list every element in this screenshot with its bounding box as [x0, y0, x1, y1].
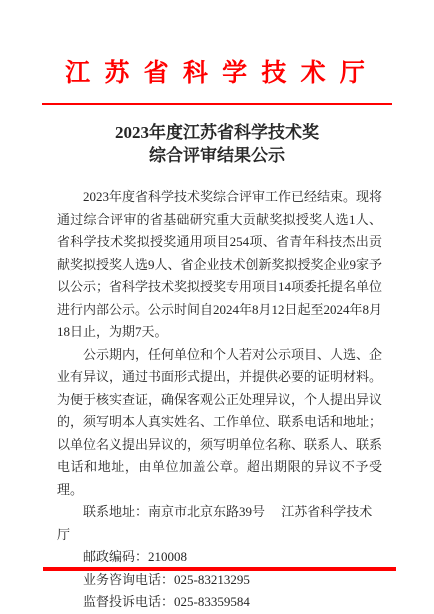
business-phone-line: 业务咨询电话：025-83213295	[57, 569, 382, 592]
letterhead: 江 苏 省 科 学 技 术 厅	[0, 0, 434, 105]
document-body: 2023年度省科学技术奖综合评审工作已经结束。现将通过综合评审的省基础研究重大贡…	[57, 186, 382, 614]
document-title: 2023年度江苏省科学技术奖 综合评审结果公示	[0, 121, 434, 167]
paragraph-announcement: 2023年度省科学技术奖综合评审工作已经结束。现将通过综合评审的省基础研究重大贡…	[57, 186, 382, 344]
footer-divider	[43, 567, 396, 571]
letterhead-title: 江 苏 省 科 学 技 术 厅	[0, 57, 434, 91]
document-title-line2: 综合评审结果公示	[0, 144, 434, 167]
complaint-phone-line: 监督投诉电话：025-83359584	[57, 591, 382, 614]
announcement-page: 江 苏 省 科 学 技 术 厅 2023年度江苏省科学技术奖 综合评审结果公示 …	[0, 0, 434, 614]
document-title-line1: 2023年度江苏省科学技术奖	[0, 121, 434, 144]
paragraph-objection-procedure: 公示期内，任何单位和个人若对公示项目、人选、企业有异议，通过书面形式提出，并提供…	[57, 344, 382, 502]
contact-block: 联系地址：南京市北京东路39号 江苏省科学技术厅 邮政编码：210008 业务咨…	[57, 501, 382, 614]
contact-address-line: 联系地址：南京市北京东路39号 江苏省科学技术厅	[57, 501, 382, 546]
letterhead-divider	[42, 103, 392, 105]
postal-code-line: 邮政编码：210008	[57, 546, 382, 569]
